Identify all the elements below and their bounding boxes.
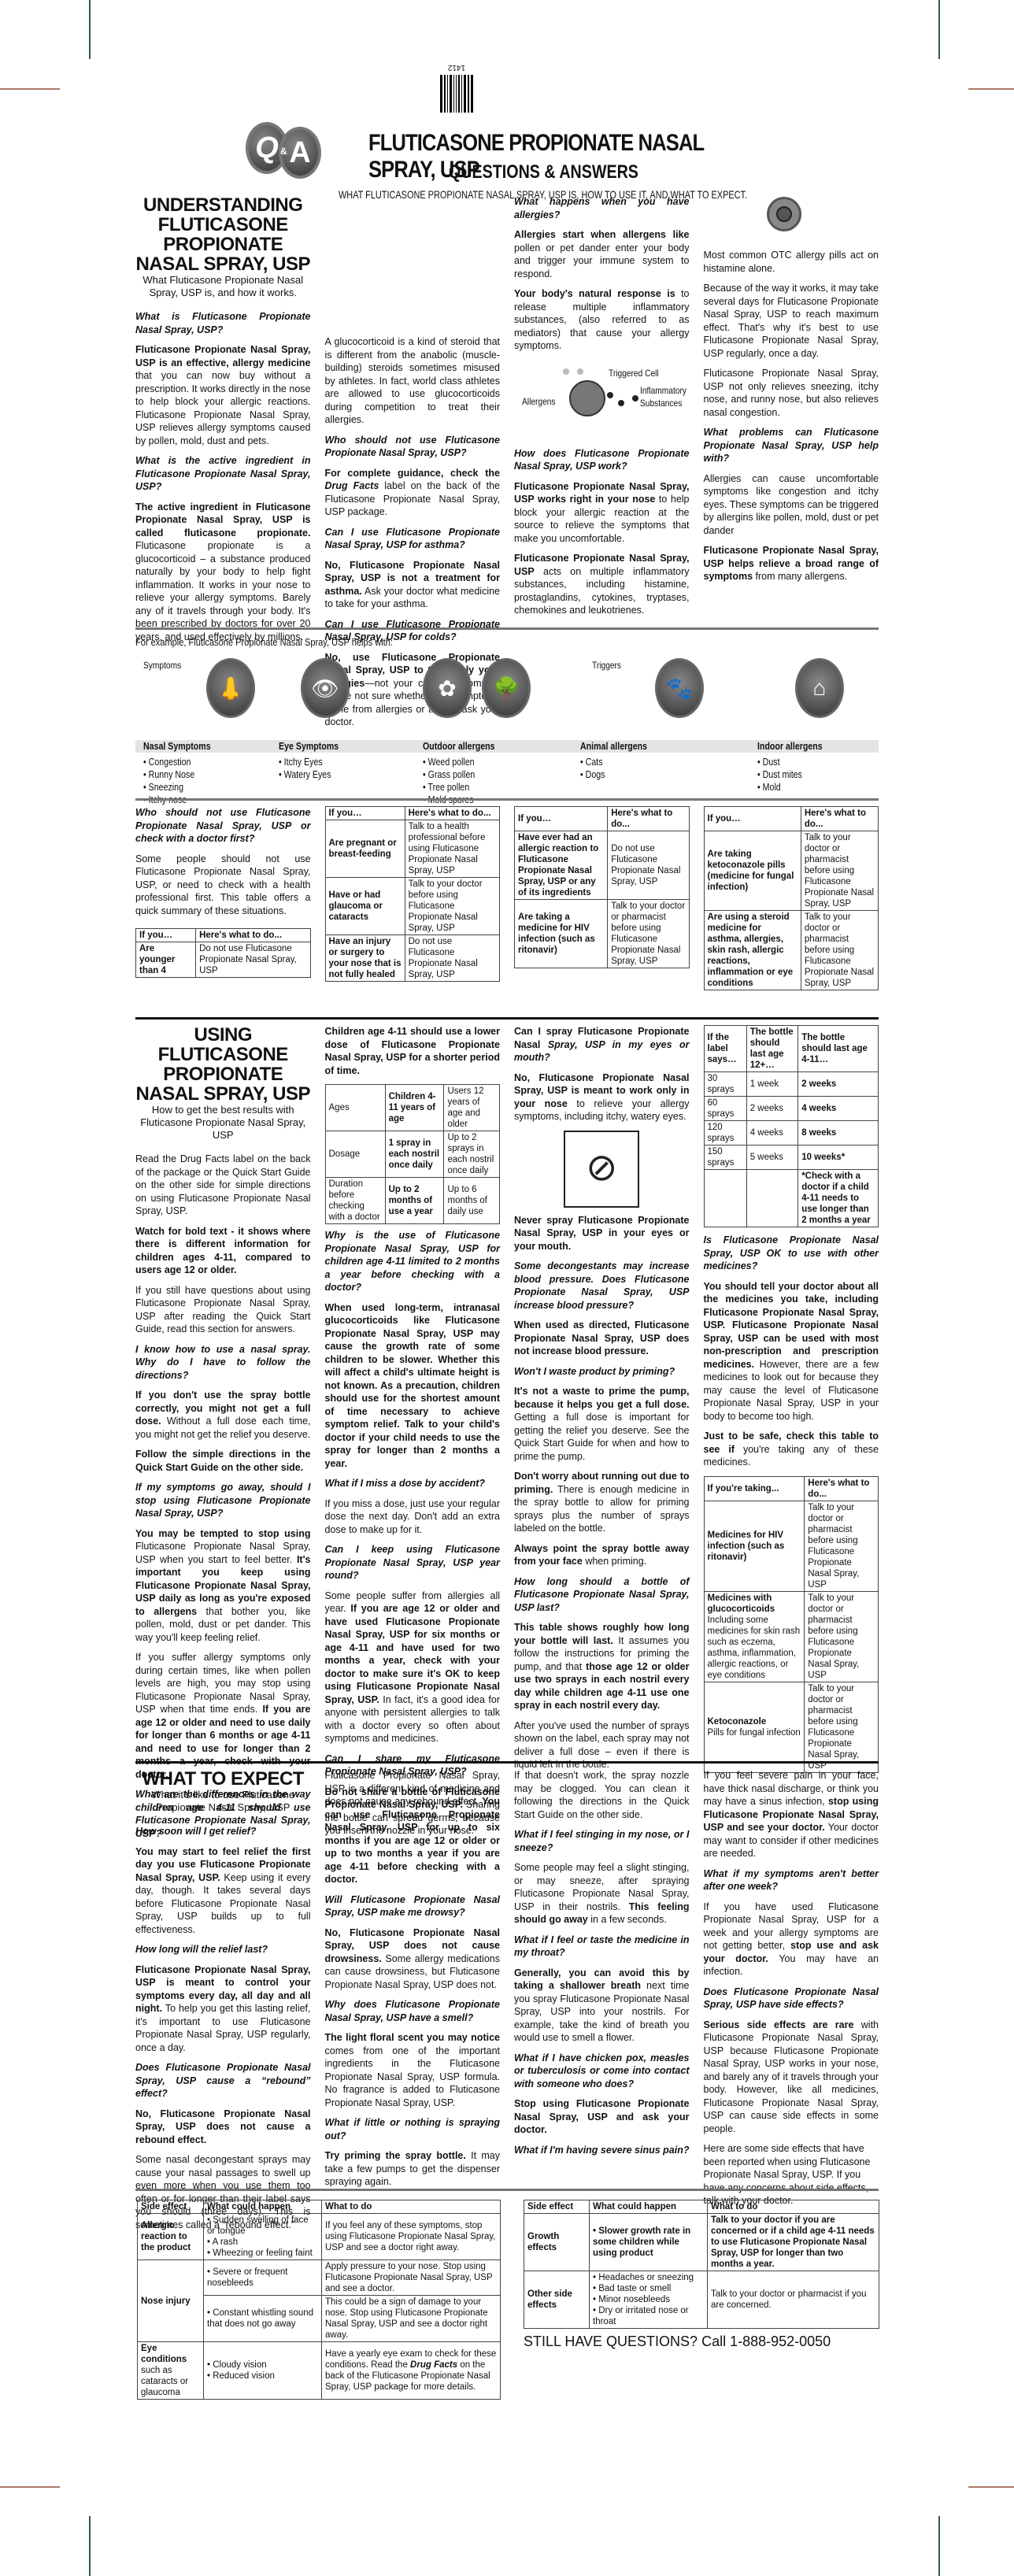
- question: What happens when you have allergies?: [514, 195, 690, 221]
- divider: [135, 1017, 879, 1020]
- answer: Serious side effects are rare with Fluti…: [704, 2019, 879, 2136]
- label-inflammatory: Inflammatory Substances: [640, 384, 687, 410]
- dosage-table: AgesChildren 4-11 years of ageUsers 12 y…: [325, 1084, 501, 1224]
- question: What if my symptoms aren't better after …: [704, 1867, 879, 1893]
- expect-col-2: Fluticasone Propionate Nasal Spray, USP …: [325, 1769, 501, 2238]
- question: What is Fluticasone Propionate Nasal Spr…: [135, 310, 311, 336]
- table-row: Are pregnant or breast-feedingTalk to a …: [325, 820, 500, 878]
- answer: Allergies start when allergens like poll…: [514, 228, 690, 280]
- table-row: Are using a steroid medicine for asthma,…: [704, 911, 879, 990]
- table-row: Are taking ketoconazole pills (medicine …: [704, 831, 879, 911]
- answer: Some people suffer from allergies all ye…: [325, 1590, 501, 1745]
- question: What if I miss a dose by accident?: [325, 1477, 501, 1490]
- table-row: Have ever had an allergic reaction to Fl…: [515, 831, 690, 900]
- answer: If you don't use the spray bottle correc…: [135, 1389, 311, 1441]
- answer: No, Fluticasone Propionate Nasal Spray, …: [514, 1071, 690, 1123]
- answer: For complete guidance, check the Drug Fa…: [325, 467, 501, 519]
- table-row: Are younger than 4Do not use Fluticasone…: [136, 942, 311, 978]
- section-subtitle: How to get the best results with Flutica…: [135, 1104, 311, 1142]
- answer: When used as directed, Fluticasone Propi…: [514, 1319, 690, 1358]
- question: If my symptoms go away, should I stop us…: [135, 1481, 311, 1520]
- question: Does Fluticasone Propionate Nasal Spray,…: [135, 2061, 311, 2100]
- answer: If you miss a dose, just use your regula…: [325, 1497, 501, 1537]
- question: How soon will I get relief?: [135, 1825, 311, 1838]
- question: Will Fluticasone Propionate Nasal Spray,…: [325, 1893, 501, 1919]
- question: How long will the relief last?: [135, 1943, 311, 1956]
- section-subtitle: What Fluticasone Propionate Nasal Spray,…: [135, 274, 311, 299]
- question: How long should a bottle of Fluticasone …: [514, 1575, 690, 1615]
- crop-mark: [0, 88, 60, 90]
- who-not-table-4: If you…Here's what to do... Are taking k…: [704, 806, 879, 990]
- answer: If you feel severe pain in your face, ha…: [704, 1769, 879, 1860]
- crop-mark: [938, 0, 940, 59]
- side-effects-left: Side effectWhat could happenWhat to do A…: [137, 2200, 501, 2400]
- divider: [135, 2189, 879, 2191]
- table-row: *Check with a doctor if a child 4-11 nee…: [704, 1170, 879, 1227]
- crop-mark: [968, 2486, 1014, 2488]
- question: Some decongestants may increase blood pr…: [514, 1260, 690, 1312]
- answer: Children age 4-11 should use a lower dos…: [325, 1025, 501, 1077]
- contact-phone[interactable]: STILL HAVE QUESTIONS? Call 1-888-952-005…: [524, 2334, 879, 2350]
- paw-icon: 🐾: [655, 658, 704, 718]
- paragraph: If you still have questions about using …: [135, 1284, 311, 1336]
- paragraph: If that doesn't work, the spray nozzle m…: [514, 1769, 690, 1821]
- section-subtitle: What it's like to use Fluticasone Propio…: [135, 1789, 311, 1814]
- triggered-cell-diagram: Triggered Cell Inflammatory Substances A…: [514, 361, 690, 439]
- label-triggered-cell: Triggered Cell: [609, 367, 659, 380]
- answer: Some people may feel a slight stinging, …: [514, 1861, 690, 1926]
- answer: You should tell your doctor about all th…: [704, 1280, 879, 1423]
- question: What if I feel or taste the medicine in …: [514, 1934, 690, 1960]
- triggers-label: Triggers: [592, 660, 621, 671]
- divider: [135, 1761, 879, 1764]
- question: Who should not use Fluticasone Propionat…: [325, 434, 501, 460]
- answer: You may start to feel relief the first d…: [135, 1845, 311, 1937]
- table-row: 120 sprays4 weeks8 weeks: [704, 1121, 879, 1146]
- answer: No, Fluticasone Propionate Nasal Spray, …: [325, 1926, 501, 1992]
- table-row: Are taking a medicine for HIV infection …: [515, 900, 690, 968]
- table-row: Medicines for HIV infection (such as rit…: [704, 1501, 879, 1591]
- paragraph: Here are some side effects that have bee…: [704, 2142, 879, 2208]
- table-row: Have or had glaucoma or cataractsTalk to…: [325, 878, 500, 935]
- using-col-3: Can I spray Fluticasone Propionate Nasal…: [514, 1025, 690, 1847]
- answer: If you have used Fluticasone Propionate …: [704, 1901, 879, 1978]
- answer: Always point the spray bottle away from …: [514, 1542, 690, 1568]
- category-outdoor: Outdoor allergens Weed pollen Grass poll…: [423, 740, 508, 806]
- who-not-col-3: If you…Here's what to do... Have ever ha…: [514, 806, 690, 990]
- answer: Generally, you can avoid this by taking …: [514, 1967, 690, 2045]
- tree-icon: 🌳: [482, 658, 531, 718]
- question: What if little or nothing is spraying ou…: [325, 2116, 501, 2142]
- answer: Fluticasone Propionate Nasal Spray, USP …: [135, 343, 311, 447]
- question: Who should not use Fluticasone Propionat…: [135, 806, 311, 846]
- category-indoor: Indoor allergens Dust Dust mites Mold: [757, 740, 834, 794]
- question: Can I use Fluticasone Propionate Nasal S…: [325, 526, 501, 552]
- logo-amp: &: [280, 146, 287, 157]
- paragraph: Read the Drug Facts label on the back of…: [135, 1153, 311, 1218]
- answer: Don't worry about running out due to pri…: [514, 1470, 690, 1535]
- question: What is the active ingredient in Flutica…: [135, 454, 311, 494]
- divider: [135, 798, 879, 801]
- expect-col-3: If that doesn't work, the spray nozzle m…: [514, 1769, 690, 2238]
- table-row: 150 sprays5 weeks10 weeks*: [704, 1146, 879, 1170]
- paragraph: Fluticasone Propionate Nasal Spray, USP …: [704, 367, 879, 419]
- table-row: 30 sprays1 week2 weeks: [704, 1072, 879, 1097]
- question: What if I'm having severe sinus pain?: [514, 2144, 690, 2157]
- answer: This table shows roughly how long your b…: [514, 1621, 690, 1712]
- question: I know how to use a nasal spray. Why do …: [135, 1343, 311, 1382]
- answer: The active ingredient in Fluticasone Pro…: [135, 501, 311, 644]
- expect-col-1: WHAT TO EXPECT What it's like to use Flu…: [135, 1769, 311, 2238]
- who-not-col-4: If you…Here's what to do... Are taking k…: [704, 806, 879, 990]
- answer: Fluticasone Propionate Nasal Spray, USP …: [325, 1769, 501, 1886]
- question: Is Fluticasone Propionate Nasal Spray, U…: [704, 1234, 879, 1273]
- table-row: KetoconazolePills for fungal infectionTa…: [704, 1682, 879, 1772]
- answer: When used long-term, intranasal glucocor…: [325, 1301, 501, 1471]
- divider: [135, 627, 879, 630]
- barcode-bars: [425, 75, 488, 113]
- table-row: Duration before checking with a doctorUp…: [325, 1178, 500, 1224]
- question: Why is the use of Fluticasone Propionate…: [325, 1229, 501, 1294]
- helps-with-section: Symptoms Triggers 👃 👁 ✿ 🌳 🐾 ⌂ Nasal Symp…: [135, 652, 879, 801]
- who-not-col-2: If you…Here's what to do... Are pregnant…: [325, 806, 501, 990]
- table-row: 60 sprays2 weeks4 weeks: [704, 1097, 879, 1121]
- section-title: UNDERSTANDING FLUTICASONE PROPIONATE NAS…: [135, 195, 311, 274]
- paragraph: Allergies can cause uncomfortable sympto…: [704, 472, 879, 538]
- answer: Your body's natural response is to relea…: [514, 287, 690, 353]
- answer: No, Fluticasone Propionate Nasal Spray, …: [135, 2108, 311, 2147]
- section-title: WHAT TO EXPECT: [135, 1769, 311, 1789]
- table-row: Have an injury or surgery to your nose t…: [325, 935, 500, 982]
- question: What problems can Fluticasone Propionate…: [704, 426, 879, 465]
- barcode: 1412: [425, 63, 488, 113]
- label-allergens: Allergens: [522, 395, 556, 409]
- category-nasal: Nasal Symptoms Congestion Runny Nose Sne…: [143, 740, 223, 806]
- paragraph: Some people should not use Fluticasone P…: [135, 853, 311, 918]
- flower-icon: ✿: [423, 658, 472, 718]
- using-section: USING FLUTICASONE PROPIONATE NASAL SPRAY…: [135, 1025, 879, 1847]
- table-row: Allergic reaction to the product • Sudde…: [138, 2214, 501, 2260]
- question: Can I spray Fluticasone Propionate Nasal…: [514, 1025, 690, 1064]
- paragraph: Most common OTC allergy pills act on his…: [704, 249, 879, 275]
- using-col-4: If the label says…The bottle should last…: [704, 1025, 879, 1847]
- using-col-2: Children age 4-11 should use a lower dos…: [325, 1025, 501, 1847]
- paragraph: Because of the way it works, it may take…: [704, 282, 879, 360]
- nose-icon: 👃: [206, 658, 255, 718]
- question: Won't I waste product by priming?: [514, 1365, 690, 1379]
- who-should-not-section: Who should not use Fluticasone Propionat…: [135, 806, 879, 990]
- who-not-col-1: Who should not use Fluticasone Propionat…: [135, 806, 311, 990]
- question: Why does Fluticasone Propionate Nasal Sp…: [325, 1998, 501, 2024]
- side-effects-table-1: Side effectWhat could happenWhat to do A…: [137, 2200, 501, 2400]
- answer: Fluticasone Propionate Nasal Spray, USP …: [135, 1963, 311, 2055]
- warning: Never spray Fluticasone Propionate Nasal…: [514, 1214, 690, 1253]
- table-row: Medicines with glucocorticoidsIncluding …: [704, 1591, 879, 1682]
- helps-with-intro: For example, Fluticasone Propionate Nasa…: [135, 636, 393, 648]
- answer: You may be tempted to stop using Flutica…: [135, 1527, 311, 1645]
- symptoms-label: Symptoms: [143, 660, 181, 671]
- crop-mark: [938, 2516, 940, 2576]
- category-eye: Eye Symptoms Itchy Eyes Watery Eyes: [279, 740, 350, 781]
- answer: It's not a waste to prime the pump, beca…: [514, 1385, 690, 1463]
- paragraph: A glucocorticoid is a kind of steroid th…: [325, 335, 501, 427]
- question: What if I have chicken pox, measles or t…: [514, 2052, 690, 2091]
- paragraph: Watch for bold text - it shows where the…: [135, 1225, 311, 1277]
- side-effects-table-2: Side effectWhat could happenWhat to do G…: [524, 2200, 879, 2329]
- page-subtitle: QUESTIONS & ANSWERS: [449, 161, 638, 183]
- table-row: Nose injury • Severe or frequent noseble…: [138, 2260, 501, 2296]
- using-col-1: USING FLUTICASONE PROPIONATE NASAL SPRAY…: [135, 1025, 311, 1847]
- answer: Fluticasone Propionate Nasal Spray, USP …: [704, 544, 879, 583]
- side-effects-right: Side effectWhat could happenWhat to do G…: [524, 2200, 879, 2350]
- answer: The light floral scent you may notice co…: [325, 2031, 501, 2109]
- category-animal: Animal allergens Cats Dogs: [580, 740, 659, 781]
- table-row: Growth effects • Slower growth rate in s…: [524, 2214, 879, 2271]
- no-spray-in-eyes-icon: ⊘: [564, 1131, 639, 1208]
- eye-icon: 👁: [301, 658, 350, 718]
- paragraph: Follow the simple directions in the Quic…: [135, 1448, 311, 1474]
- barcode-number: 1412: [425, 63, 488, 72]
- answer: Stop using Fluticasone Propionate Nasal …: [514, 2097, 690, 2137]
- house-icon: ⌂: [795, 658, 844, 718]
- expect-col-4: If you feel severe pain in your face, ha…: [704, 1769, 879, 2238]
- table-row: Other side effects • Headaches or sneezi…: [524, 2271, 879, 2329]
- question: How does Fluticasone Propionate Nasal Sp…: [514, 447, 690, 473]
- crop-mark: [89, 0, 91, 59]
- who-not-table-2: If you…Here's what to do... Are pregnant…: [325, 806, 501, 982]
- histamine-cell-icon: [704, 195, 879, 249]
- table-row: Eye conditionssuch as cataracts or glauc…: [138, 2342, 501, 2400]
- who-not-table-1: If you…Here's what to do... Are younger …: [135, 928, 311, 978]
- question: Can I keep using Fluticasone Propionate …: [325, 1543, 501, 1582]
- cell-icon: [569, 380, 605, 416]
- what-to-expect-section: WHAT TO EXPECT What it's like to use Flu…: [135, 1769, 879, 2238]
- answer: Try priming the spray bottle. It may tak…: [325, 2149, 501, 2189]
- medicines-table: If you're taking...Here's what to do... …: [704, 1476, 879, 1773]
- who-not-table-3: If you…Here's what to do... Have ever ha…: [514, 806, 690, 968]
- table-row: Dosage1 spray in each nostril once daily…: [325, 1131, 500, 1178]
- answer: Fluticasone Propionate Nasal Spray, USP …: [514, 480, 690, 546]
- question: What if I feel stinging in my nose, or I…: [514, 1828, 690, 1854]
- answer: Just to be safe, check this table to see…: [704, 1430, 879, 1469]
- crop-mark: [968, 88, 1014, 90]
- crop-mark: [0, 2486, 60, 2488]
- qa-logo: Q A &: [244, 122, 331, 185]
- section-title: USING FLUTICASONE PROPIONATE NASAL SPRAY…: [135, 1025, 311, 1104]
- answer: No, Fluticasone Propionate Nasal Spray, …: [325, 559, 501, 611]
- bottle-duration-table: If the label says…The bottle should last…: [704, 1025, 879, 1227]
- question: Does Fluticasone Propionate Nasal Spray,…: [704, 1986, 879, 2012]
- crop-mark: [89, 2516, 91, 2576]
- answer: Fluticasone Propionate Nasal Spray, USP …: [514, 552, 690, 617]
- understanding-section: UNDERSTANDING FLUTICASONE PROPIONATE NAS…: [135, 195, 879, 624]
